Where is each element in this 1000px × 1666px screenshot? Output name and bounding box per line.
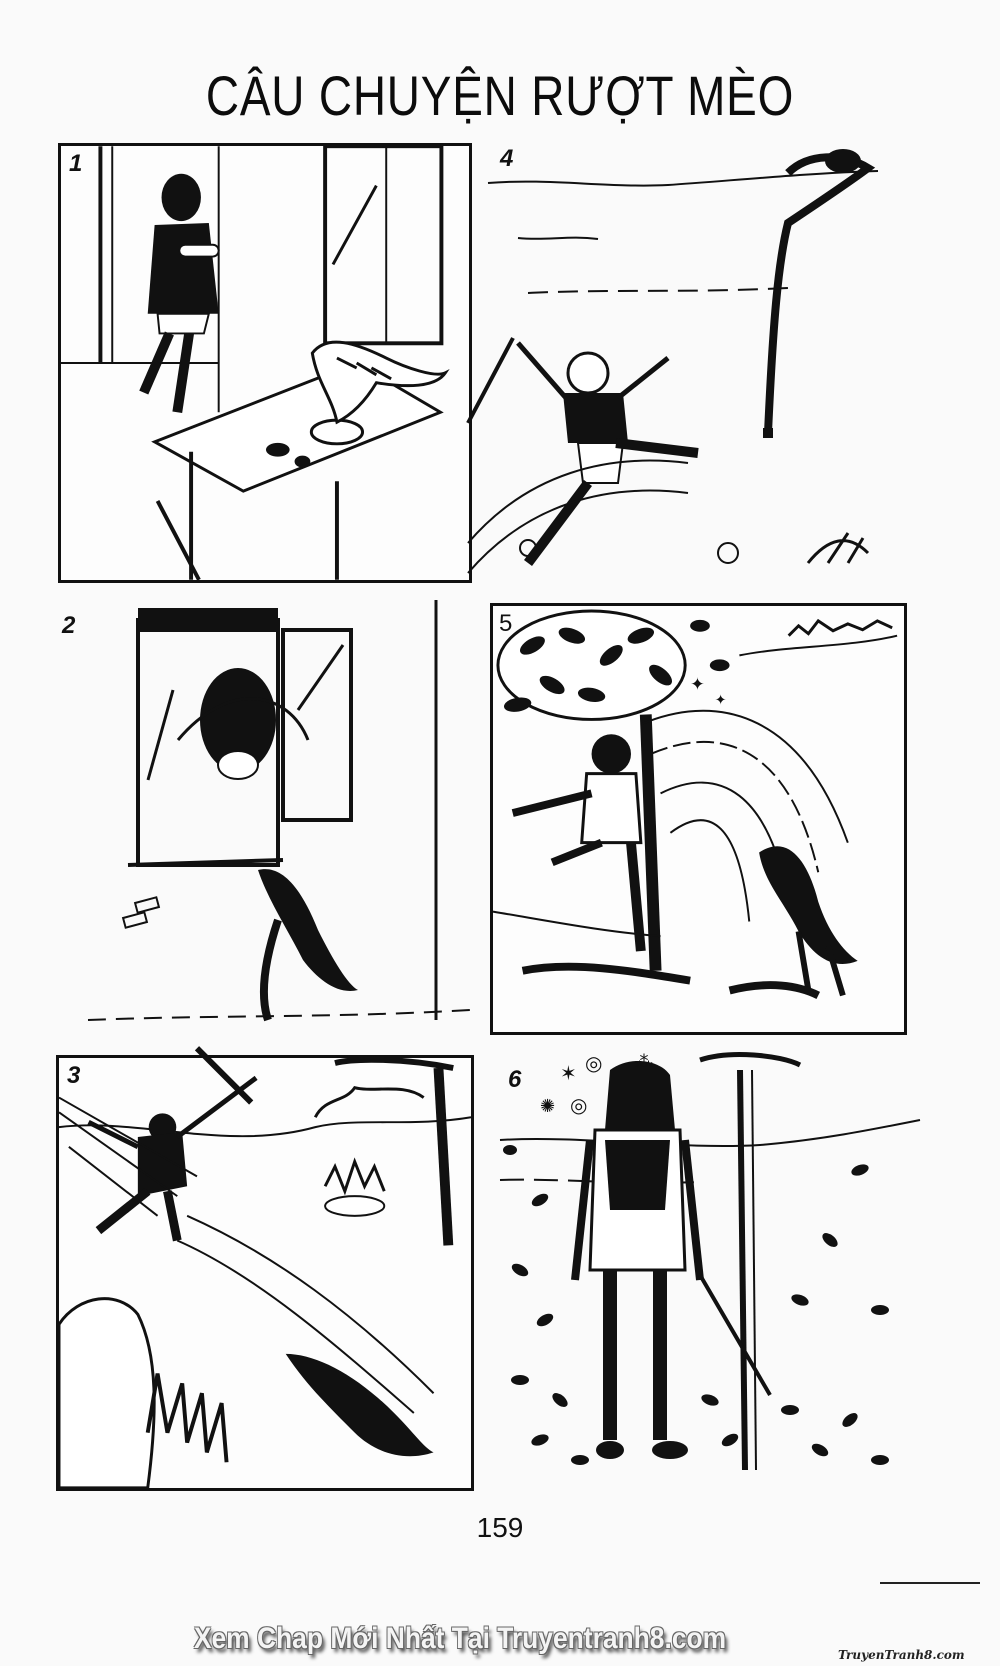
page-number: 159 xyxy=(0,1512,1000,1544)
panel-5-illustration: ✦ ✦ xyxy=(493,606,904,1032)
watermark-banner: Xem Chap Mới Nhất Tại Truyentranh8.com xyxy=(126,1622,795,1656)
comic-panel-1: 1 xyxy=(58,143,472,583)
svg-text:✦: ✦ xyxy=(690,674,705,694)
svg-text:✶: ✶ xyxy=(560,1063,577,1085)
svg-text:✺: ✺ xyxy=(540,1096,555,1116)
panel-4-illustration xyxy=(488,143,908,613)
svg-text:✦: ✦ xyxy=(715,693,727,708)
comic-panel-3: 3 xyxy=(56,1055,474,1491)
svg-text:⁂: ⁂ xyxy=(635,1052,653,1072)
comic-panel-2: 2 xyxy=(58,600,470,1040)
divider-line xyxy=(880,1582,980,1584)
page-title: CÂU CHUYỆN RƯỢT MÈO xyxy=(90,68,910,124)
comic-panel-5: 5 ✦ xyxy=(490,603,907,1035)
panel-3-illustration xyxy=(59,1058,471,1488)
svg-text:◎: ◎ xyxy=(585,1053,602,1075)
comic-panel-6: 6 ✶ ◎ ✺ ◎ ⁂ xyxy=(500,1050,920,1490)
svg-text:◎: ◎ xyxy=(570,1095,587,1117)
panel-6-illustration: ✶ ◎ ✺ ◎ ⁂ xyxy=(500,1050,920,1490)
brand-logo: TruyenTranh8.com xyxy=(838,1648,965,1662)
panel-1-illustration xyxy=(61,146,469,580)
comic-panel-4: 4 xyxy=(488,143,908,613)
panel-2-illustration xyxy=(58,600,470,1040)
